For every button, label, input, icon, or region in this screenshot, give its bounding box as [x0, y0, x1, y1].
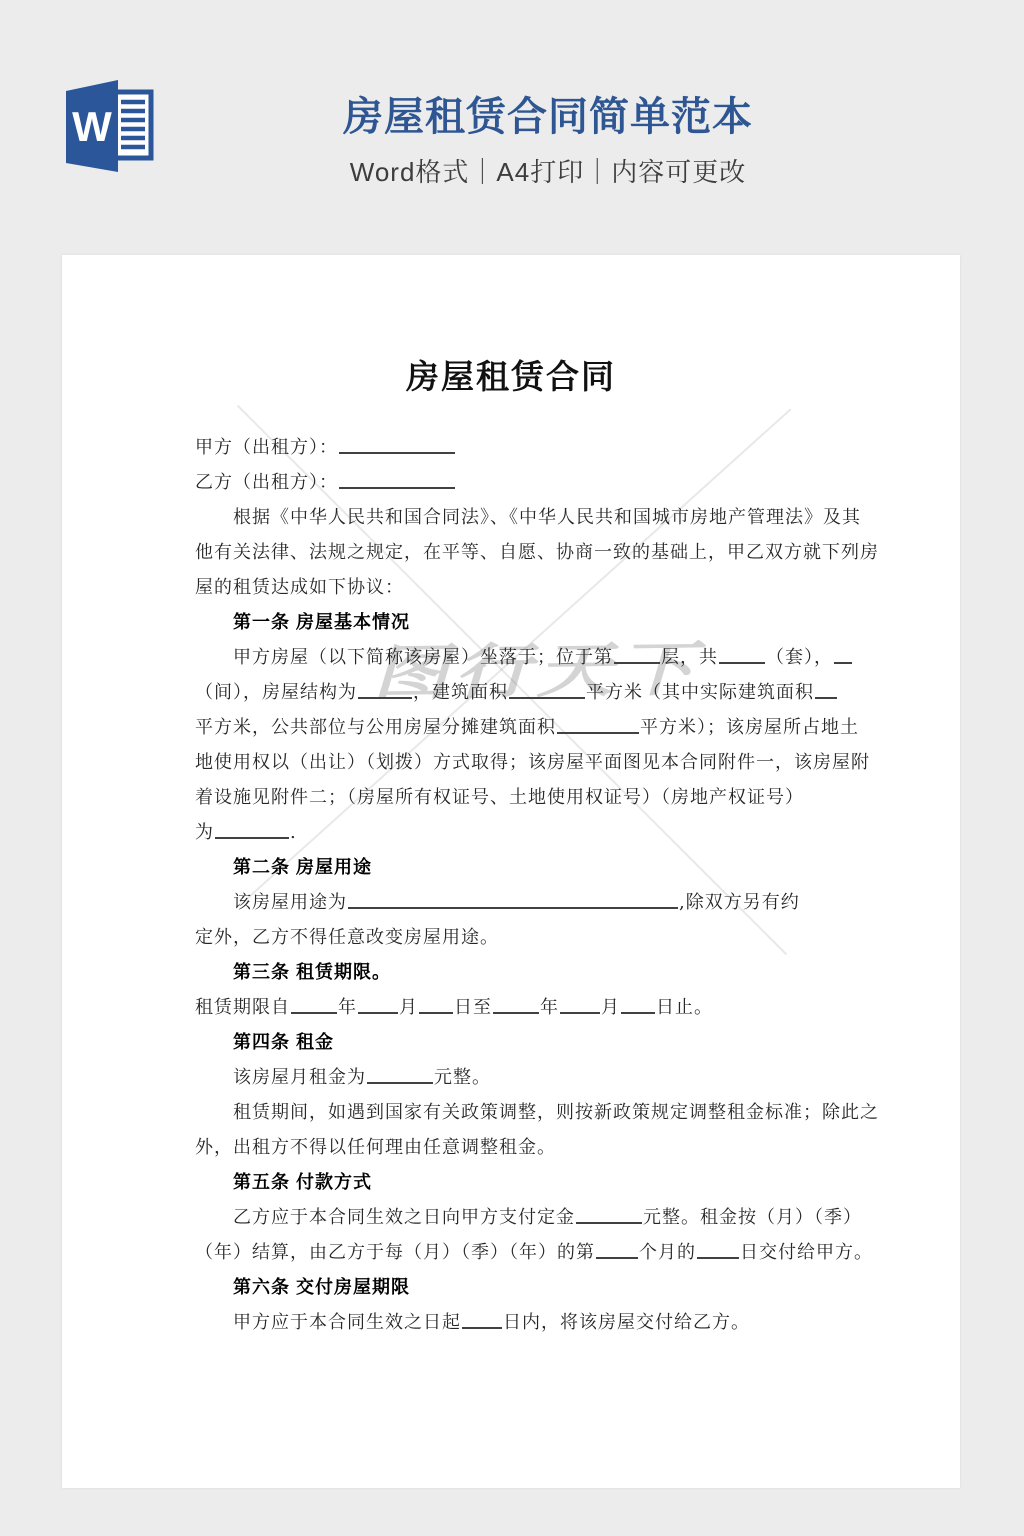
text-run: 第四条 租金 [233, 1032, 334, 1052]
section-heading: 第二条 房屋用途 [195, 850, 915, 885]
template-title: 房屋租赁合同简单范本 [72, 94, 1024, 140]
text-run: （套）， [766, 647, 833, 668]
contract-line: （年）结算，由乙方于每（月）（季）（年）的第个月的日交付给甲方。 [195, 1235, 915, 1270]
fill-in-blank [697, 1255, 739, 1259]
section-heading: 第三条 租赁期限。 [195, 955, 915, 990]
contract-line: 平方米，公共部位与公用房屋分摊建筑面积平方米）；该房屋所占地土 [195, 710, 915, 745]
text-run: 第二条 房屋用途 [233, 857, 372, 877]
text-run: 着设施见附件二；（房屋所有权证号、土地使用权证号）（房地产权证号） [195, 787, 804, 808]
section-heading: 第六条 交付房屋期限 [195, 1270, 915, 1305]
document-page: 图行天下 房屋租赁合同 甲方（出租方）：乙方（出租方）：根据《中华人民共和国合同… [62, 255, 960, 1488]
contract-line: 外，出租方不得以任何理由任意调整租金。 [195, 1130, 915, 1165]
fill-in-blank [462, 1325, 502, 1329]
contract-title: 房屋租赁合同 [62, 355, 960, 398]
fill-in-blank [339, 485, 455, 489]
contract-line: 乙方（出租方）： [195, 465, 915, 500]
fill-in-blank [621, 1010, 655, 1014]
text-run: 乙方应于本合同生效之日向甲方支付定金 [233, 1207, 575, 1228]
fill-in-blank [419, 1010, 453, 1014]
fill-in-blank [291, 1010, 337, 1014]
text-run: 月 [399, 997, 418, 1018]
text-run: 甲方房屋（以下简称该房屋）坐落于；位于第 [233, 647, 613, 668]
contract-line: 为. [195, 815, 915, 850]
section-heading: 第四条 租金 [195, 1025, 915, 1060]
fill-in-blank [348, 905, 678, 909]
text-run: 日交付给甲方。 [740, 1242, 873, 1263]
fill-in-blank [358, 695, 412, 699]
contract-line: 甲方房屋（以下简称该房屋）坐落于；位于第层，共（套）， [195, 640, 915, 675]
text-run: 元整。租金按（月）（季） [643, 1207, 862, 1228]
fill-in-blank [215, 835, 289, 839]
text-run: 地使用权以（出让）（划拨）方式取得；该房屋平面图见本合同附件一，该房屋附 [195, 752, 870, 773]
text-run: 为 [195, 822, 214, 843]
fill-in-blank [815, 695, 837, 699]
contract-line: 着设施见附件二；（房屋所有权证号、土地使用权证号）（房地产权证号） [195, 780, 915, 815]
contract-body: 甲方（出租方）：乙方（出租方）：根据《中华人民共和国合同法》、《中华人民共和国城… [195, 430, 915, 1340]
text-run: 第六条 交付房屋期限 [233, 1277, 410, 1297]
header-text-block: 房屋租赁合同简单范本 Word格式｜A4打印｜内容可更改 [0, 94, 1024, 187]
screenshot-canvas: W 房屋租赁合同简单范本 Word格式｜A4打印｜内容可更改 图行天下 房屋租赁… [0, 0, 1024, 1536]
text-run: 第一条 房屋基本情况 [233, 612, 410, 632]
text-run: ，建筑面积 [413, 682, 508, 703]
fill-in-blank [596, 1255, 638, 1259]
text-run: 第三条 租赁期限。 [233, 962, 391, 982]
contract-line: 甲方应于本合同生效之日起日内，将该房屋交付给乙方。 [195, 1305, 915, 1340]
text-run: 日至 [454, 997, 492, 1018]
fill-in-blank [509, 695, 585, 699]
text-run: 根据《中华人民共和国合同法》、《中华人民共和国城市房地产管理法》及其 [233, 507, 861, 528]
text-run: 元整。 [434, 1067, 491, 1088]
contract-line: 甲方（出租方）： [195, 430, 915, 465]
fill-in-blank [557, 730, 639, 734]
text-run: （间），房屋结构为 [195, 682, 357, 703]
text-run: （年）结算，由乙方于每（月）（季）（年）的第 [195, 1242, 595, 1263]
text-run: 他有关法律、法规之规定，在平等、自愿、协商一致的基础上，甲乙双方就下列房 [195, 542, 879, 563]
contract-line: 定外，乙方不得任意改变房屋用途。 [195, 920, 915, 955]
section-heading: 第一条 房屋基本情况 [195, 605, 915, 640]
text-run: 该房屋用途为 [233, 892, 347, 913]
fill-in-blank [339, 450, 455, 454]
contract-line: 乙方应于本合同生效之日向甲方支付定金元整。租金按（月）（季） [195, 1200, 915, 1235]
text-run: 月 [601, 997, 620, 1018]
text-run: 该房屋月租金为 [233, 1067, 366, 1088]
contract-line: 租赁期间，如遇到国家有关政策调整，则按新政策规定调整租金标准；除此之 [195, 1095, 915, 1130]
contract-line: 他有关法律、法规之规定，在平等、自愿、协商一致的基础上，甲乙双方就下列房 [195, 535, 915, 570]
text-run: 年 [338, 997, 357, 1018]
fill-in-blank [576, 1220, 642, 1224]
text-run: 平方米，公共部位与公用房屋分摊建筑面积 [195, 717, 556, 738]
fill-in-blank [834, 660, 852, 664]
text-run: 乙方（出租方）： [195, 472, 338, 493]
template-header: W 房屋租赁合同简单范本 Word格式｜A4打印｜内容可更改 [0, 0, 1024, 255]
text-run: 外，出租方不得以任何理由任意调整租金。 [195, 1137, 556, 1158]
contract-line: 根据《中华人民共和国合同法》、《中华人民共和国城市房地产管理法》及其 [195, 500, 915, 535]
text-run: 甲方（出租方）： [195, 437, 338, 458]
contract-line: 租赁期限自年月日至年月日止。 [195, 990, 915, 1025]
contract-line: （间），房屋结构为，建筑面积平方米（其中实际建筑面积 [195, 675, 915, 710]
fill-in-blank [614, 660, 660, 664]
text-run: 租赁期限自 [195, 997, 290, 1018]
section-heading: 第五条 付款方式 [195, 1165, 915, 1200]
text-run: 甲方应于本合同生效之日起 [233, 1312, 461, 1333]
contract-line: 该房屋月租金为元整。 [195, 1060, 915, 1095]
text-run: 定外，乙方不得任意改变房屋用途。 [195, 927, 499, 948]
fill-in-blank [493, 1010, 539, 1014]
template-subtitle: Word格式｜A4打印｜内容可更改 [72, 157, 1024, 187]
contract-line: 屋的租赁达成如下协议： [195, 570, 915, 605]
fill-in-blank [367, 1080, 433, 1084]
text-run: 屋的租赁达成如下协议： [195, 577, 404, 598]
text-run: 第五条 付款方式 [233, 1172, 372, 1192]
text-run: ,除双方另有约 [679, 892, 800, 913]
text-run: 平方米）；该房屋所占地土 [640, 717, 859, 738]
fill-in-blank [560, 1010, 600, 1014]
text-run: 年 [540, 997, 559, 1018]
contract-line: 该房屋用途为,除双方另有约 [195, 885, 915, 920]
fill-in-blank [719, 660, 765, 664]
text-run: 平方米（其中实际建筑面积 [586, 682, 814, 703]
text-run: . [290, 822, 297, 843]
text-run: 租赁期间，如遇到国家有关政策调整，则按新政策规定调整租金标准；除此之 [233, 1102, 879, 1123]
text-run: 个月的 [639, 1242, 696, 1263]
fill-in-blank [358, 1010, 398, 1014]
text-run: 日止。 [656, 997, 713, 1018]
contract-line: 地使用权以（出让）（划拨）方式取得；该房屋平面图见本合同附件一，该房屋附 [195, 745, 915, 780]
text-run: 层，共 [661, 647, 718, 668]
text-run: 日内，将该房屋交付给乙方。 [503, 1312, 750, 1333]
